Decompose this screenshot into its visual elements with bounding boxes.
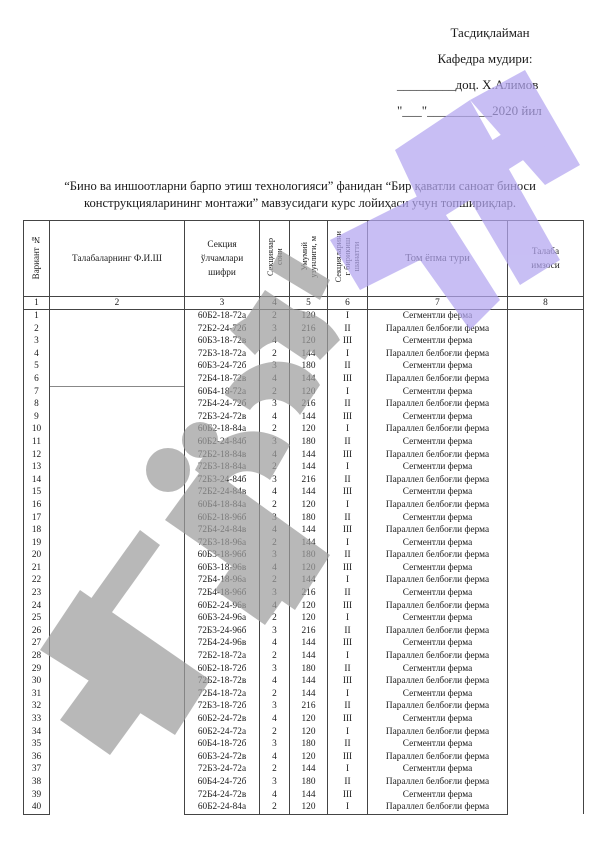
section-count-cell: 2 <box>260 574 290 587</box>
total-length-cell: 180 <box>290 776 328 789</box>
section-code-cell: 60Б2-24-84а <box>185 801 260 814</box>
roof-type-cell: Параллел белбоғли ферма <box>368 675 508 688</box>
section-code-cell: 60Б3-24-72б <box>185 360 260 373</box>
section-code-cell: 72Б3-18-72б <box>185 700 260 713</box>
roof-type-cell: Параллел белбоғли ферма <box>368 751 508 764</box>
joint-method-cell: III <box>328 373 368 386</box>
column-number-row: 1 2 3 4 5 6 7 8 <box>24 297 584 310</box>
joint-method-cell: I <box>328 763 368 776</box>
roof-type-cell: Сегментли ферма <box>368 386 508 399</box>
roof-type-cell: Сегментли ферма <box>368 335 508 348</box>
variant-number-cell: 25 <box>24 612 50 625</box>
section-code-cell: 72Б4-18-72в <box>185 373 260 386</box>
section-count-cell: 2 <box>260 650 290 663</box>
section-code-cell: 60Б4-18-84а <box>185 499 260 512</box>
section-code-cell: 72Б4-24-72б <box>185 398 260 411</box>
joint-method-cell: III <box>328 335 368 348</box>
student-signature-cell[interactable] <box>508 310 584 815</box>
total-length-cell: 180 <box>290 360 328 373</box>
total-length-cell: 120 <box>290 386 328 399</box>
total-length-cell: 216 <box>290 474 328 487</box>
roof-type-cell: Сегментли ферма <box>368 310 508 323</box>
joint-method-cell: III <box>328 449 368 462</box>
variant-number-cell: 38 <box>24 776 50 789</box>
header-section-code: Секция ўлчамлари шифри <box>185 221 260 297</box>
approval-date: "___"__________2020 йил <box>380 98 580 124</box>
header-student-name: Талабаларнинг Ф.И.Ш <box>50 221 185 297</box>
section-code-cell: 72Б4-18-96а <box>185 574 260 587</box>
variant-number-cell: 32 <box>24 700 50 713</box>
variant-number-cell: 24 <box>24 600 50 613</box>
total-length-cell: 120 <box>290 310 328 323</box>
joint-method-cell: I <box>328 499 368 512</box>
roof-type-cell: Сегментли ферма <box>368 537 508 550</box>
joint-method-cell: II <box>328 738 368 751</box>
joint-method-cell: I <box>328 386 368 399</box>
column-number: 7 <box>368 297 508 310</box>
variant-number-cell: 35 <box>24 738 50 751</box>
total-length-cell: 144 <box>290 524 328 537</box>
column-number: 2 <box>50 297 185 310</box>
total-length-cell: 120 <box>290 335 328 348</box>
section-count-cell: 2 <box>260 386 290 399</box>
section-code-cell: 60Б3-24-72в <box>185 751 260 764</box>
total-length-cell: 180 <box>290 549 328 562</box>
roof-type-cell: Сегментли ферма <box>368 789 508 802</box>
column-number: 1 <box>24 297 50 310</box>
section-count-cell: 2 <box>260 612 290 625</box>
section-count-cell: 3 <box>260 625 290 638</box>
total-length-cell: 144 <box>290 650 328 663</box>
roof-type-cell: Сегментли ферма <box>368 688 508 701</box>
section-count-cell: 4 <box>260 335 290 348</box>
section-count-cell: 3 <box>260 549 290 562</box>
roof-type-cell: Сегментли ферма <box>368 763 508 776</box>
section-code-cell: 72Б2-24-72б <box>185 323 260 336</box>
variant-number-cell: 2 <box>24 323 50 336</box>
roof-type-cell: Параллел белбоғли ферма <box>368 348 508 361</box>
joint-method-cell: I <box>328 650 368 663</box>
variant-number-cell: 21 <box>24 562 50 575</box>
document-title-line-1: “Бино ва иншоотларни барпо этиш технолог… <box>20 178 580 195</box>
total-length-cell: 144 <box>290 373 328 386</box>
joint-method-cell: II <box>328 625 368 638</box>
joint-method-cell: III <box>328 411 368 424</box>
joint-method-cell: I <box>328 688 368 701</box>
roof-type-cell: Параллел белбоғли ферма <box>368 700 508 713</box>
section-code-cell: 72Б2-18-84в <box>185 449 260 462</box>
section-code-cell: 60Б4-24-72б <box>185 776 260 789</box>
joint-method-cell: II <box>328 436 368 449</box>
total-length-cell: 216 <box>290 398 328 411</box>
roof-type-cell: Сегментли ферма <box>368 612 508 625</box>
total-length-cell: 144 <box>290 688 328 701</box>
joint-method-cell: II <box>328 776 368 789</box>
joint-method-cell: II <box>328 323 368 336</box>
section-code-cell: 60Б2-18-84а <box>185 423 260 436</box>
variant-number-cell: 5 <box>24 360 50 373</box>
roof-type-cell: Параллел белбоғли ферма <box>368 600 508 613</box>
roof-type-cell: Параллел белбоғли ферма <box>368 449 508 462</box>
section-count-cell: 2 <box>260 537 290 550</box>
joint-method-cell: III <box>328 789 368 802</box>
joint-method-cell: II <box>328 398 368 411</box>
variant-number-cell: 17 <box>24 512 50 525</box>
section-count-cell: 3 <box>260 700 290 713</box>
variant-number-cell: 29 <box>24 663 50 676</box>
table-body: 160Б2-18-72а2120IСегментли ферма272Б2-24… <box>24 310 584 815</box>
total-length-cell: 144 <box>290 675 328 688</box>
joint-method-cell: II <box>328 663 368 676</box>
total-length-cell: 144 <box>290 537 328 550</box>
section-code-cell: 72Б4-24-72в <box>185 789 260 802</box>
roof-type-cell: Сегментли ферма <box>368 436 508 449</box>
roof-type-cell: Параллел белбоғли ферма <box>368 323 508 336</box>
joint-method-cell: I <box>328 423 368 436</box>
section-code-cell: 72Б3-18-72а <box>185 348 260 361</box>
section-count-cell: 4 <box>260 789 290 802</box>
section-count-cell: 4 <box>260 486 290 499</box>
roof-type-cell: Параллел белбоғли ферма <box>368 625 508 638</box>
variant-number-cell: 10 <box>24 423 50 436</box>
variant-number-cell: 13 <box>24 461 50 474</box>
section-code-cell: 60Б4-18-72б <box>185 738 260 751</box>
section-code-cell: 72Б2-18-72а <box>185 650 260 663</box>
column-number: 5 <box>290 297 328 310</box>
section-code-cell: 72Б3-24-72в <box>185 411 260 424</box>
section-count-cell: 2 <box>260 310 290 323</box>
total-length-cell: 180 <box>290 738 328 751</box>
joint-method-cell: I <box>328 461 368 474</box>
student-name-group-divider <box>50 310 184 387</box>
total-length-cell: 120 <box>290 562 328 575</box>
joint-method-cell: III <box>328 524 368 537</box>
roof-type-cell: Сегментли ферма <box>368 663 508 676</box>
total-length-cell: 144 <box>290 789 328 802</box>
variant-number-cell: 30 <box>24 675 50 688</box>
total-length-cell: 216 <box>290 587 328 600</box>
section-count-cell: 3 <box>260 776 290 789</box>
total-length-cell: 144 <box>290 348 328 361</box>
section-count-cell: 3 <box>260 436 290 449</box>
section-count-cell: 3 <box>260 738 290 751</box>
total-length-cell: 216 <box>290 625 328 638</box>
joint-method-cell: II <box>328 474 368 487</box>
joint-method-cell: I <box>328 574 368 587</box>
section-count-cell: 3 <box>260 398 290 411</box>
section-count-cell: 4 <box>260 411 290 424</box>
section-code-cell: 72Б3-24-84б <box>185 474 260 487</box>
approval-department-head: Кафедра мудири: <box>380 46 580 72</box>
roof-type-cell: Сегментли ферма <box>368 512 508 525</box>
section-count-cell: 4 <box>260 675 290 688</box>
variant-number-cell: 4 <box>24 348 50 361</box>
variant-number-cell: 8 <box>24 398 50 411</box>
roof-type-cell: Сегментли ферма <box>368 738 508 751</box>
section-code-cell: 72Б3-18-96а <box>185 537 260 550</box>
section-code-cell: 60Б2-18-72а <box>185 310 260 323</box>
section-code-cell: 72Б3-24-72а <box>185 763 260 776</box>
document-title: “Бино ва иншоотларни барпо этиш технолог… <box>20 178 580 212</box>
variant-number-cell: 34 <box>24 726 50 739</box>
joint-method-cell: II <box>328 549 368 562</box>
total-length-cell: 120 <box>290 499 328 512</box>
total-length-cell: 144 <box>290 449 328 462</box>
total-length-cell: 180 <box>290 512 328 525</box>
total-length-cell: 144 <box>290 486 328 499</box>
section-code-cell: 60Б4-18-72а <box>185 386 260 399</box>
roof-type-cell: Сегментли ферма <box>368 713 508 726</box>
variant-number-cell: 11 <box>24 436 50 449</box>
column-number: 3 <box>185 297 260 310</box>
roof-type-cell: Сегментли ферма <box>368 562 508 575</box>
variant-number-cell: 37 <box>24 763 50 776</box>
section-count-cell: 2 <box>260 726 290 739</box>
section-code-cell: 60Б2-24-84б <box>185 436 260 449</box>
variant-number-cell: 22 <box>24 574 50 587</box>
section-code-cell: 72Б2-24-84в <box>185 486 260 499</box>
total-length-cell: 216 <box>290 323 328 336</box>
roof-type-cell: Параллел белбоғли ферма <box>368 423 508 436</box>
header-variant: Вариант № <box>24 221 50 297</box>
total-length-cell: 216 <box>290 700 328 713</box>
section-count-cell: 2 <box>260 348 290 361</box>
roof-type-cell: Параллел белбоғли ферма <box>368 726 508 739</box>
roof-type-cell: Сегментли ферма <box>368 486 508 499</box>
joint-method-cell: III <box>328 713 368 726</box>
roof-type-cell: Параллел белбоғли ферма <box>368 474 508 487</box>
total-length-cell: 120 <box>290 600 328 613</box>
joint-method-cell: III <box>328 675 368 688</box>
roof-type-cell: Параллел белбоғли ферма <box>368 776 508 789</box>
section-code-cell: 60Б3-24-96а <box>185 612 260 625</box>
section-code-cell: 60Б3-18-96в <box>185 562 260 575</box>
variant-number-cell: 18 <box>24 524 50 537</box>
header-total-length: Умумий узунлиги, м <box>290 221 328 297</box>
section-count-cell: 3 <box>260 587 290 600</box>
joint-method-cell: I <box>328 612 368 625</box>
variant-number-cell: 40 <box>24 801 50 814</box>
section-code-cell: 72Б2-18-72в <box>185 675 260 688</box>
section-count-cell: 3 <box>260 512 290 525</box>
variant-number-cell: 6 <box>24 373 50 386</box>
joint-method-cell: I <box>328 537 368 550</box>
section-count-cell: 4 <box>260 373 290 386</box>
total-length-cell: 144 <box>290 461 328 474</box>
section-count-cell: 4 <box>260 600 290 613</box>
variant-number-cell: 7 <box>24 386 50 399</box>
section-count-cell: 4 <box>260 637 290 650</box>
roof-type-cell: Сегментли ферма <box>368 637 508 650</box>
section-count-cell: 2 <box>260 801 290 814</box>
variant-number-cell: 20 <box>24 549 50 562</box>
section-code-cell: 72Б4-24-96в <box>185 637 260 650</box>
total-length-cell: 180 <box>290 436 328 449</box>
section-count-cell: 3 <box>260 323 290 336</box>
total-length-cell: 120 <box>290 713 328 726</box>
roof-type-cell: Сегментли ферма <box>368 411 508 424</box>
section-code-cell: 72Б4-24-84в <box>185 524 260 537</box>
approval-block: Тасдиқлайман Кафедра мудири: _________до… <box>380 20 580 124</box>
variant-number-cell: 12 <box>24 449 50 462</box>
section-count-cell: 4 <box>260 751 290 764</box>
header-joint-method: Секцияларини г бирикиш шанатти <box>328 221 368 297</box>
joint-method-cell: I <box>328 801 368 814</box>
joint-method-cell: I <box>328 348 368 361</box>
section-code-cell: 60Б3-18-96б <box>185 549 260 562</box>
variant-number-cell: 16 <box>24 499 50 512</box>
roof-type-cell: Параллел белбоғли ферма <box>368 524 508 537</box>
table-header-row: Вариант № Талабаларнинг Ф.И.Ш Секция ўлч… <box>24 221 584 297</box>
variant-number-cell: 15 <box>24 486 50 499</box>
variant-number-cell: 27 <box>24 637 50 650</box>
total-length-cell: 144 <box>290 574 328 587</box>
approval-heading: Тасдиқлайман <box>380 20 580 46</box>
section-count-cell: 2 <box>260 423 290 436</box>
section-code-cell: 72Б3-24-96б <box>185 625 260 638</box>
total-length-cell: 144 <box>290 637 328 650</box>
variant-number-cell: 1 <box>24 310 50 323</box>
roof-type-cell: Параллел белбоғли ферма <box>368 373 508 386</box>
header-student-signature: Талаба имзоси <box>508 221 584 297</box>
joint-method-cell: III <box>328 751 368 764</box>
variant-number-cell: 3 <box>24 335 50 348</box>
approval-signatory: _________доц. Х.Алимов <box>380 72 580 98</box>
section-code-cell: 60Б2-24-72в <box>185 713 260 726</box>
section-count-cell: 3 <box>260 663 290 676</box>
joint-method-cell: II <box>328 700 368 713</box>
variant-number-cell: 33 <box>24 713 50 726</box>
variant-number-cell: 39 <box>24 789 50 802</box>
section-code-cell: 60Б2-24-72а <box>185 726 260 739</box>
column-number: 4 <box>260 297 290 310</box>
roof-type-cell: Сегментли ферма <box>368 461 508 474</box>
joint-method-cell: III <box>328 600 368 613</box>
section-count-cell: 3 <box>260 474 290 487</box>
variant-number-cell: 19 <box>24 537 50 550</box>
joint-method-cell: III <box>328 486 368 499</box>
assignments-table: Вариант № Талабаларнинг Ф.И.Ш Секция ўлч… <box>23 220 584 815</box>
joint-method-cell: II <box>328 587 368 600</box>
total-length-cell: 180 <box>290 663 328 676</box>
roof-type-cell: Параллел белбоғли ферма <box>368 549 508 562</box>
section-count-cell: 4 <box>260 562 290 575</box>
total-length-cell: 120 <box>290 726 328 739</box>
section-code-cell: 60Б2-18-72б <box>185 663 260 676</box>
roof-type-cell: Параллел белбоғли ферма <box>368 650 508 663</box>
joint-method-cell: II <box>328 360 368 373</box>
variant-number-cell: 28 <box>24 650 50 663</box>
roof-type-cell: Сегментли ферма <box>368 360 508 373</box>
roof-type-cell: Параллел белбоғли ферма <box>368 398 508 411</box>
section-code-cell: 60Б2-18-96б <box>185 512 260 525</box>
total-length-cell: 120 <box>290 751 328 764</box>
roof-type-cell: Параллел белбоғли ферма <box>368 801 508 814</box>
total-length-cell: 144 <box>290 763 328 776</box>
variant-number-cell: 31 <box>24 688 50 701</box>
total-length-cell: 144 <box>290 411 328 424</box>
variant-number-cell: 9 <box>24 411 50 424</box>
joint-method-cell: I <box>328 310 368 323</box>
table-row: 160Б2-18-72а2120IСегментли ферма <box>24 310 584 323</box>
roof-type-cell: Сегментли ферма <box>368 587 508 600</box>
joint-method-cell: III <box>328 637 368 650</box>
section-code-cell: 72Б3-18-84а <box>185 461 260 474</box>
total-length-cell: 120 <box>290 801 328 814</box>
section-code-cell: 72Б4-18-96б <box>185 587 260 600</box>
student-name-cell[interactable] <box>50 310 185 815</box>
section-count-cell: 2 <box>260 763 290 776</box>
column-number: 8 <box>508 297 584 310</box>
variant-number-cell: 36 <box>24 751 50 764</box>
variant-number-cell: 23 <box>24 587 50 600</box>
section-count-cell: 4 <box>260 524 290 537</box>
section-count-cell: 2 <box>260 499 290 512</box>
section-count-cell: 2 <box>260 461 290 474</box>
roof-type-cell: Параллел белбоғли ферма <box>368 499 508 512</box>
section-count-cell: 2 <box>260 688 290 701</box>
total-length-cell: 120 <box>290 612 328 625</box>
total-length-cell: 120 <box>290 423 328 436</box>
roof-type-cell: Параллел белбоғли ферма <box>368 574 508 587</box>
variant-number-cell: 14 <box>24 474 50 487</box>
header-section-count: Секциялар сони <box>260 221 290 297</box>
joint-method-cell: II <box>328 512 368 525</box>
section-count-cell: 3 <box>260 360 290 373</box>
section-code-cell: 60Б2-24-96в <box>185 600 260 613</box>
document-title-line-2: конструкцияларининг монтажи” мавзусидаги… <box>20 195 580 212</box>
section-code-cell: 60Б3-18-72в <box>185 335 260 348</box>
variant-number-cell: 26 <box>24 625 50 638</box>
column-number: 6 <box>328 297 368 310</box>
header-roof-type: Том ёпма тури <box>368 221 508 297</box>
section-code-cell: 72Б4-18-72а <box>185 688 260 701</box>
joint-method-cell: III <box>328 562 368 575</box>
section-count-cell: 4 <box>260 449 290 462</box>
joint-method-cell: I <box>328 726 368 739</box>
section-count-cell: 4 <box>260 713 290 726</box>
